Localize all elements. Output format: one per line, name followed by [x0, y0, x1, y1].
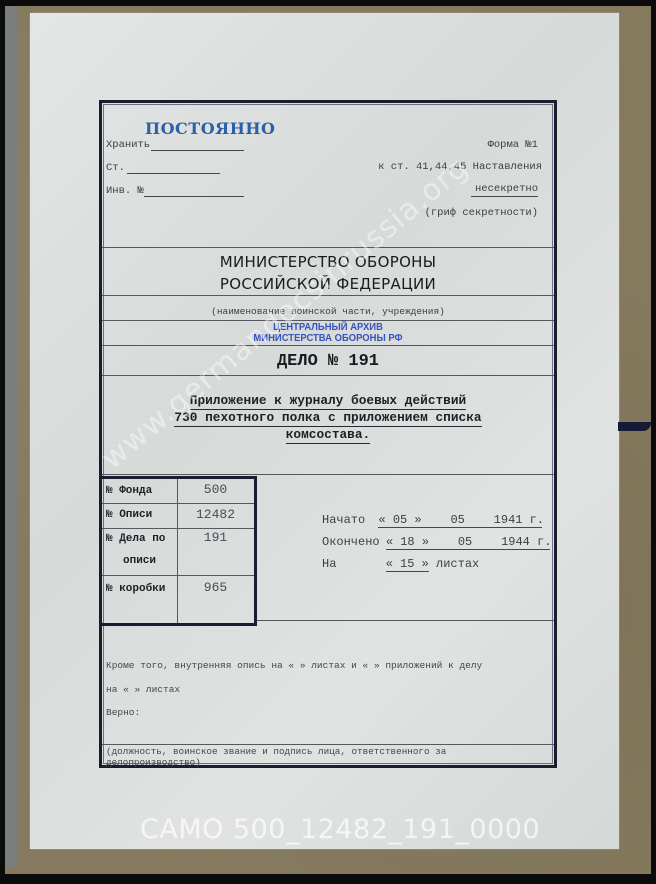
divider	[102, 375, 554, 376]
opis-value: 12482	[179, 507, 252, 522]
archive-reference-table: № Фонда 500 № Описи 12482 № Дела по опис…	[102, 476, 257, 626]
opis-label: № Описи	[106, 509, 152, 521]
case-description-line-3: комсостава.	[102, 427, 554, 442]
central-archive-stamp: ЦЕНТРАЛЬНЫЙ АРХИВ МИНИСТЕРСТВА ОБОРОНЫ Р…	[125, 322, 532, 344]
article-label: Ст.	[106, 162, 125, 174]
divider	[102, 295, 554, 296]
started-date: « 05 » 05 1941 г.	[378, 513, 542, 528]
sheets-row: На « 15 » листах	[322, 557, 479, 571]
delo-label: № Дела по	[106, 533, 165, 545]
divider	[102, 247, 554, 248]
scan-border	[651, 0, 656, 884]
unit-caption: (наименование воинской части, учреждения…	[102, 306, 554, 317]
started-row: Начато « 05 » 05 1941 г.	[322, 513, 542, 528]
form-number: Форма №1	[488, 139, 538, 151]
table-row: № Описи 12482	[102, 503, 254, 529]
delo-value: 191	[179, 530, 252, 545]
ended-label: Окончено	[322, 535, 380, 549]
divider	[102, 474, 554, 475]
secrecy-value: несекретно	[471, 183, 538, 197]
inv-field-line	[144, 196, 244, 197]
inv-label: Инв. №	[106, 185, 144, 197]
verified-label: Верно:	[106, 707, 140, 718]
box-value: 965	[179, 580, 252, 595]
scan-identifier: CAMO 500_12482_191_0000	[140, 814, 540, 845]
signature-caption-2: делопроизводство)	[106, 757, 201, 768]
scan-edge-strip	[5, 6, 17, 868]
instruction-reference: к ст. 41,44,45 Наставления	[378, 161, 542, 173]
case-description-line-2: 730 пехотного полка с приложением списка	[102, 410, 554, 425]
permanent-stamp: ПОСТОЯННО	[145, 119, 275, 138]
store-field-line	[151, 150, 244, 151]
signature-caption-1: (должность, воинское звание и подпись ли…	[106, 746, 446, 757]
divider	[257, 620, 554, 621]
inventory-note-line-1: Кроме того, внутренняя опись на « » лист…	[106, 660, 482, 671]
archive-stamp-line-2: МИНИСТЕРСТВА ОБОРОНЫ РФ	[125, 333, 532, 344]
store-label: Хранить	[106, 139, 150, 151]
divider	[102, 744, 554, 745]
started-label: Начато	[322, 513, 365, 527]
ended-date: « 18 » 05 1944 г.	[386, 535, 550, 550]
fond-label: № Фонда	[106, 485, 152, 497]
ministry-line-2: РОССИЙСКОЙ ФЕДЕРАЦИИ	[102, 275, 554, 293]
ended-row: Окончено « 18 » 05 1944 г.	[322, 535, 550, 550]
divider	[102, 345, 554, 346]
sheets-unit: листах	[436, 557, 479, 571]
delo-label-2: описи	[123, 555, 156, 567]
article-field-line	[127, 173, 220, 174]
secrecy-caption: (гриф секретности)	[425, 207, 538, 219]
case-description-line-1: Приложение к журналу боевых действий	[102, 393, 554, 408]
sheets-count: « 15 »	[386, 557, 429, 572]
fond-value: 500	[179, 482, 252, 497]
box-label: № коробки	[106, 583, 165, 595]
ministry-line-1: МИНИСТЕРСТВО ОБОРОНЫ	[102, 253, 554, 271]
case-cover-form: ПОСТОЯННО Хранить Ст. Инв. № Форма №1 к …	[99, 100, 557, 768]
inventory-note-line-2: на « » листах	[106, 684, 180, 695]
sheets-label: На	[322, 557, 336, 571]
binding-ribbon	[618, 422, 651, 431]
table-row: № Дела по описи 191	[102, 528, 254, 576]
table-row: № коробки 965	[102, 575, 254, 623]
case-number: ДЕЛО № 191	[102, 352, 554, 371]
table-row: № Фонда 500	[102, 479, 254, 504]
